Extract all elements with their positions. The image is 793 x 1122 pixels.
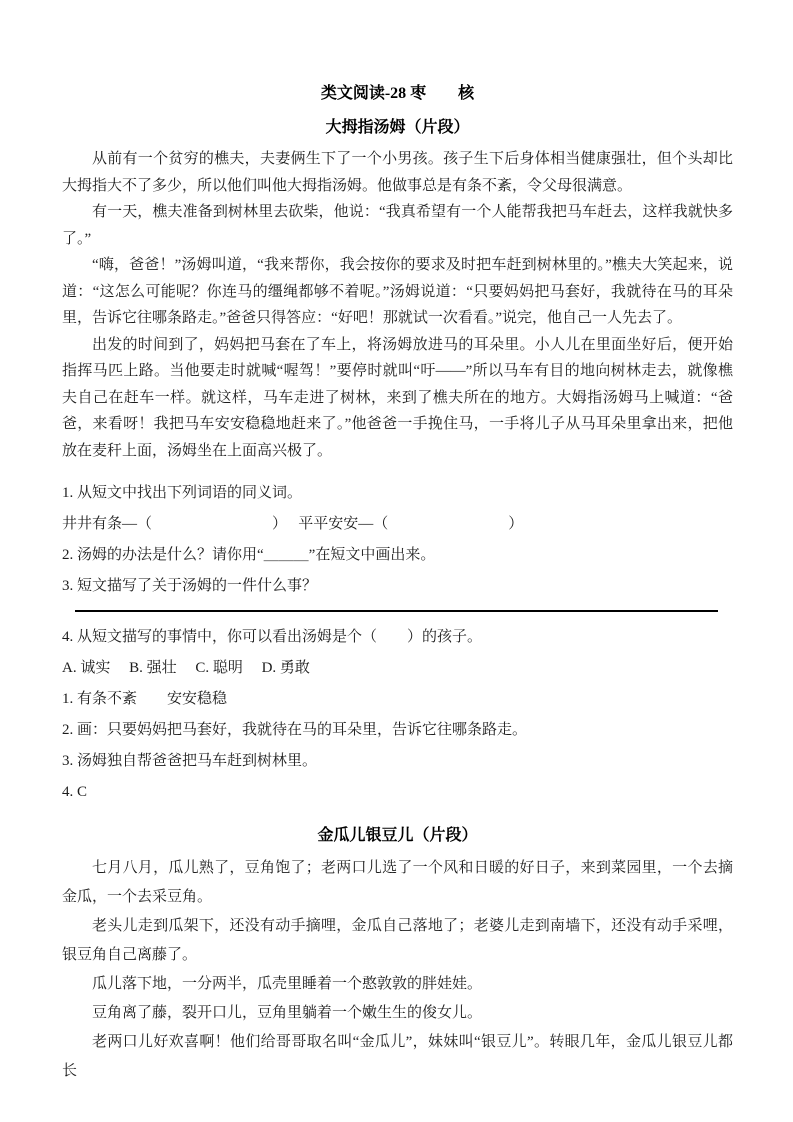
answer-3: 3. 汤姆独自帮爸爸把马车赶到树林里。 xyxy=(62,746,733,777)
section-divider xyxy=(75,610,718,612)
story2-body: 七月八月，瓜儿熟了，豆角饱了；老两口儿选了一个风和日暖的好日子，来到菜园里，一个… xyxy=(62,854,733,1086)
answer-4: 4. C xyxy=(62,777,733,808)
story2-heading: 金瓜儿银豆儿（片段） xyxy=(62,826,733,846)
story1-questions: 1. 从短文中找出下列词语的同义词。 井井有条—（ ） 平平安安—（ ） 2. … xyxy=(62,478,733,602)
answer-2: 2. 画：只要妈妈把马套好，我就待在马的耳朵里，告诉它往哪条路走。 xyxy=(62,715,733,746)
story1-body: 从前有一个贫穷的樵夫，夫妻俩生下了一个小男孩。孩子生下后身体相当健康强壮，但个头… xyxy=(62,146,733,464)
answer-1: 1. 有条不紊 安安稳稳 xyxy=(62,684,733,715)
question-1: 1. 从短文中找出下列词语的同义词。 xyxy=(62,478,733,509)
question-4: 4. 从短文描写的事情中，你可以看出汤姆是个（ ）的孩子。 xyxy=(62,622,733,653)
question-1-blanks: 井井有条—（ ） 平平安安—（ ） xyxy=(62,509,733,540)
story1-paragraph-3: “嗨，爸爸！”汤姆叫道，“我来帮你，我会按你的要求及时把车赶到树林里的。”樵夫大… xyxy=(62,252,733,332)
story2-paragraph-5: 老两口儿好欢喜啊！他们给哥哥取名叫“金瓜儿”，妹妹叫“银豆儿”。转眼几年，金瓜儿… xyxy=(62,1028,733,1086)
story2-paragraph-3: 瓜儿落下地，一分两半，瓜壳里睡着一个憨敦敦的胖娃娃。 xyxy=(62,970,733,999)
story2-paragraph-2: 老头儿走到瓜架下，还没有动手摘哩，金瓜自己落地了；老婆儿走到南墙下，还没有动手采… xyxy=(62,912,733,970)
story2-paragraph-1: 七月八月，瓜儿熟了，豆角饱了；老两口儿选了一个风和日暖的好日子，来到菜园里，一个… xyxy=(62,854,733,912)
story1-paragraph-2: 有一天，樵夫准备到树林里去砍柴，他说：“我真希望有一个人能帮我把马车赶去，这样我… xyxy=(62,199,733,252)
story1-paragraph-4: 出发的时间到了，妈妈把马套在了车上，将汤姆放进马的耳朵里。小人儿在里面坐好后，便… xyxy=(62,332,733,465)
question-3: 3. 短文描写了关于汤姆的一件什么事？ xyxy=(62,571,733,602)
story1-answers-section: 4. 从短文描写的事情中，你可以看出汤姆是个（ ）的孩子。 A. 诚实 B. 强… xyxy=(62,622,733,808)
story1-heading: 大拇指汤姆（片段） xyxy=(62,118,733,138)
page-title: 类文阅读-28 枣 核 xyxy=(62,84,733,104)
story1-paragraph-1: 从前有一个贫穷的樵夫，夫妻俩生下了一个小男孩。孩子生下后身体相当健康强壮，但个头… xyxy=(62,146,733,199)
story2-paragraph-4: 豆角离了藤，裂开口儿，豆角里躺着一个嫩生生的俊女儿。 xyxy=(62,999,733,1028)
question-2: 2. 汤姆的办法是什么？请你用“＿＿＿”在短文中画出来。 xyxy=(62,540,733,571)
worksheet-page: 类文阅读-28 枣 核 大拇指汤姆（片段） 从前有一个贫穷的樵夫，夫妻俩生下了一… xyxy=(0,0,793,1122)
question-4-options: A. 诚实 B. 强壮 C. 聪明 D. 勇敢 xyxy=(62,653,733,684)
